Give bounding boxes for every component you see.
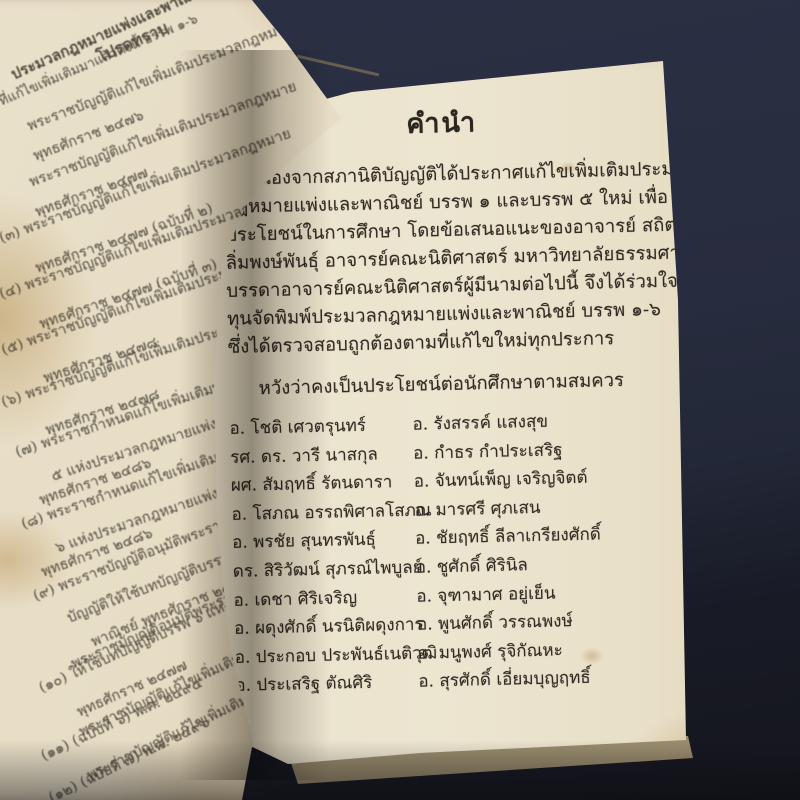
contributor-left: อ. ผดุงศักดิ์ นรนิติผดุงการ [234, 611, 418, 644]
contributor-left: อ. ประกอบ ประพันธ์เนติวุฒิ [234, 639, 418, 672]
preface-paragraph: เนื่องจากสภานิติบัญญัติได้ประกาศแก้ไขเพิ… [224, 156, 666, 362]
contributor-left: ดร. สิริวัฒน์ สุภรณ์ไพบูลย์ [232, 554, 416, 587]
contributor-left: อ. พรชัย สุนทรพันธุ์ [232, 525, 416, 558]
contributor-left: อ. ประเสริฐ ตัณศิริ [235, 668, 419, 701]
contributors-list: อ. โชติ เศวตรุนทร์อ. รังสรรค์ แสงสุขรศ. … [229, 405, 673, 701]
contributor-left: อ. โชติ เศวตรุนทร์ [229, 411, 413, 444]
book-photo: คำนำ เนื่องจากสภานิติบัญญัติได้ประกาศแก้… [0, 0, 800, 800]
contributor-left: ผศ. สัมฤทธิ์ รัตนดารา [231, 468, 415, 501]
contributor-left: รศ. ดร. วารี นาสกุล [230, 439, 414, 472]
preface-content: คำนำ เนื่องจากสภานิติบัญญัติได้ประกาศแก้… [222, 86, 674, 701]
contributor-left: อ. เดชา ศิริเจริญ [233, 582, 417, 615]
closing-line: หวังว่าคงเป็นประโยชน์ต่อนักศึกษาตามสมควร [228, 366, 667, 404]
contributor-right: อ. สุรศักดิ์ เอี่ยมบุญฤทธิ์ [418, 662, 674, 696]
background-page-edge [297, 55, 380, 77]
contributor-left: อ. โสภณ อรรถพิศาลโสภณ [231, 497, 415, 530]
left-page-line: (๑๒) (ฉบับที่ ๗) พ.ศ. ๒๔๙๖ [47, 715, 212, 800]
